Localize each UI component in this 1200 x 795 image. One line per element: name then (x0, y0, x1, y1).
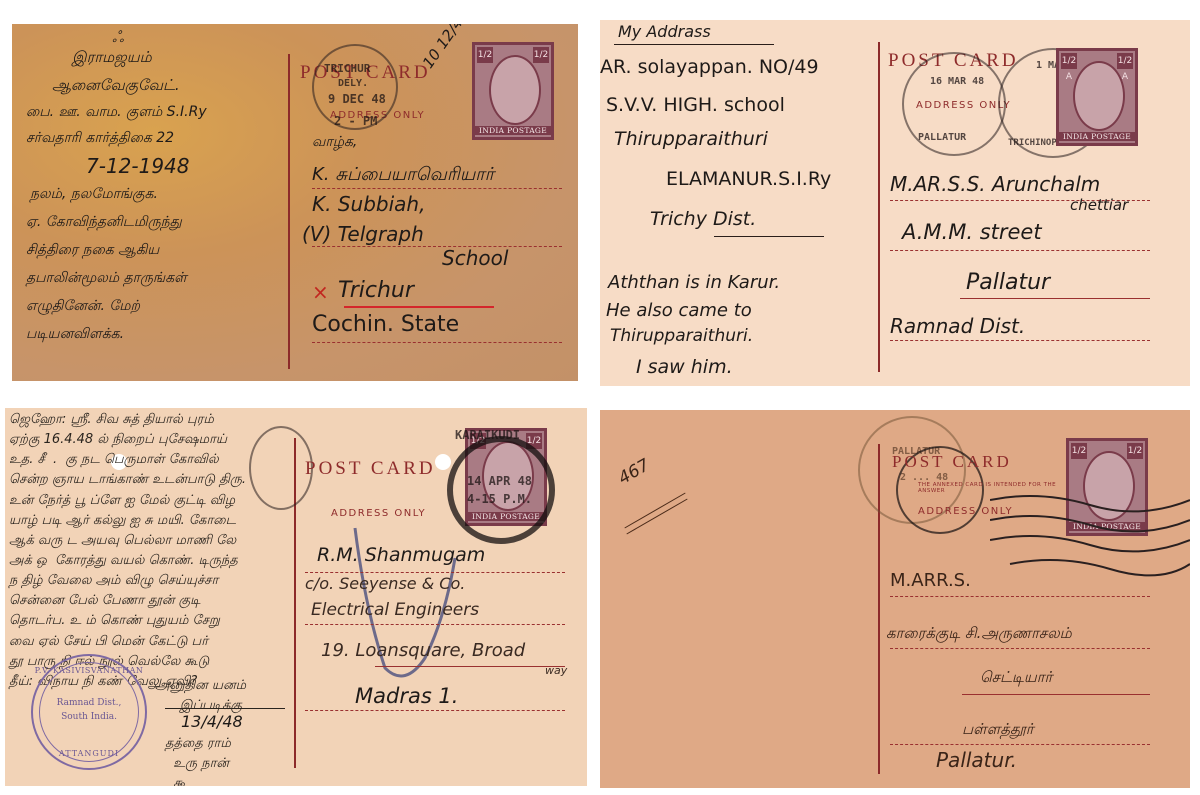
seal-name: P.V. KASIVISVANATHAN (33, 666, 145, 675)
archive-note: 467 (615, 455, 653, 489)
stamp-value: 1/2 (1127, 443, 1143, 459)
salutation: வாழ்க, (312, 134, 357, 152)
address-line: 19. Loansquare, Broad (321, 640, 525, 661)
address-rule (890, 596, 1150, 597)
postcard-3: ஜெஹோ: ஸ்ரீ. சிவ சுத் தியால் புரம் ஏற்கு … (5, 408, 587, 786)
postmark-town: TRICHUR (324, 62, 370, 75)
address-rule (312, 188, 562, 189)
address-line: c/o. Seeyense & Co. (305, 574, 465, 593)
postcard-1: ஃ 10 12/48 இராமஜயம் ஆனைவேகுவேட். பை. ஊ. … (12, 24, 578, 381)
address-line: R.M. Shanmugam (317, 544, 485, 566)
address-line: Electrical Engineers (311, 600, 479, 620)
address-line: காரைக்குடி சி.அருணாசலம் (886, 624, 1072, 644)
address-rule (305, 572, 565, 573)
address-line: Madras 1. (355, 684, 458, 708)
stamp-label: INDIA POSTAGE (475, 126, 551, 135)
post-card-header: POST CARD (305, 458, 436, 480)
stamp-value: 1/2 A (1117, 53, 1133, 69)
message-line: பை. ஊ. வாம. குளம் S.I.Ry (26, 104, 207, 122)
address-rule (312, 246, 562, 247)
address-line: செட்டியார் (980, 668, 1052, 688)
post-card-header: POST CARD (892, 452, 1012, 472)
tamil-message: ஜெஹோ: ஸ்ரீ. சிவ சுத் தியால் புரம் ஏற்கு … (9, 410, 246, 692)
address-rule (305, 624, 565, 625)
message-line: S.V.V. HIGH. school (606, 94, 785, 116)
message-line: AR. solayappan. NO/49 (600, 56, 819, 78)
wavy-cancellation (990, 480, 1190, 580)
underline (344, 306, 494, 308)
message-line: Thirupparaithuri. (610, 326, 753, 346)
message-line: 7-12-1948 (86, 154, 190, 178)
message-line: சித்திரை நகை ஆகிய (26, 242, 159, 260)
underline (624, 493, 685, 529)
signature-date: 13/4/48 (181, 712, 243, 731)
postcard-2: My Addrass AR. solayappan. NO/49 S.V.V. … (600, 20, 1190, 386)
postmark-date: 16 MAR 48 (930, 76, 984, 87)
cross-mark: × (312, 280, 329, 304)
underline (614, 44, 774, 45)
stamp-label: INDIA POSTAGE (1059, 132, 1135, 141)
postmark-town: PALLATUR (918, 132, 966, 143)
message-line: ஆனைவேகுவேட். (52, 76, 180, 96)
address-line: School (442, 246, 508, 270)
address-line: (V) Telgraph (302, 222, 424, 246)
owner-seal: P.V. KASIVISVANATHAN Ramnad Dist., South… (31, 654, 147, 770)
address-line: chettiar (1070, 196, 1128, 214)
address-line: M.AR.S.S. Arunchalm (890, 172, 1100, 196)
divider-line (288, 54, 290, 369)
king-portrait-icon (1073, 61, 1125, 131)
message-line: Trichy Dist. (650, 208, 756, 230)
address-line: way (545, 664, 567, 677)
postmark (249, 426, 313, 510)
stamp-value: 1/2 A (1061, 53, 1077, 69)
postmark-line: DELY. (338, 78, 368, 89)
punch-hole (435, 454, 451, 470)
underline (165, 708, 285, 709)
address-line: M.ARR.S. (890, 570, 971, 591)
tamil-signature: தத்தை ராம் உரு நான் கூ (165, 734, 231, 786)
address-line: Cochin. State (312, 312, 459, 337)
postmark-date: 14 APR 48 (467, 474, 532, 488)
postage-stamp: 1/2 1/2 INDIA POSTAGE (472, 42, 554, 140)
seal-line: Ramnad Dist., (33, 698, 145, 708)
stamp-value: 1/2 (477, 47, 493, 63)
postcard-4: 467 PALLATUR 2 ... 48 POST CARD THE ANNE… (600, 410, 1190, 788)
message-line: ELAMANUR.S.I.Ry (666, 168, 831, 190)
message-line: ஃ (112, 28, 124, 48)
postmark-time: 4-15 P.M. (467, 492, 532, 506)
address-line: K. சுப்பையாவெரியார் (312, 164, 494, 187)
address-line: K. Subbiah, (312, 192, 425, 216)
message-line: Aththan is in Karur. (608, 272, 780, 293)
stamp-value: 1/2 (533, 47, 549, 63)
message-line: படியனவிளக்க. (26, 326, 124, 344)
underline (714, 236, 824, 237)
address-rule (960, 298, 1150, 299)
message-line: இராமஜயம் (72, 48, 152, 68)
message-line: சர்வதாரி கார்த்திகை 22 (26, 130, 174, 148)
postmark-date: 9 DEC 48 (328, 92, 386, 106)
address-line: Ramnad Dist. (890, 314, 1025, 338)
stamp-value: 1/2 (1071, 443, 1087, 459)
address-line: Trichur (338, 278, 414, 303)
message-date: 16.4.48 (44, 432, 94, 447)
message-line: தபாலின்மூலம் தாருங்கள் (26, 270, 187, 288)
divider-line (878, 42, 880, 372)
address-rule (890, 250, 1150, 251)
postage-stamp: 1/2 A 1/2 A INDIA POSTAGE (1056, 48, 1138, 146)
seal-line: South India. (33, 712, 145, 722)
address-rule (962, 694, 1150, 695)
message-line: My Addrass (618, 22, 711, 41)
message-line: ஏ. கோவிந்தனிடமிருந்து (26, 214, 182, 232)
message-line: Thirupparaithuri (614, 128, 768, 150)
king-portrait-icon (489, 55, 541, 125)
address-rule (375, 666, 565, 667)
address-rule (890, 744, 1150, 745)
tamil-closing: அனுதின யனம் இப்படிக்கு (155, 676, 246, 716)
postmark-time: 2 - PM (334, 114, 377, 128)
postmark-town: KARAIKUDI (455, 428, 520, 442)
address-rule (305, 710, 565, 711)
message-line: He also came to (606, 300, 752, 321)
message-line: நலம், நலமோங்குக. (30, 186, 158, 204)
message-line: எழுதினேன். மேற் (26, 298, 140, 316)
address-rule (312, 342, 562, 343)
address-line: Pallatur. (936, 748, 1017, 772)
address-line: A.M.M. street (902, 220, 1042, 244)
address-line: Pallatur (966, 270, 1050, 295)
seal-town: ATTANGUDI (33, 749, 145, 758)
address-rule (890, 340, 1150, 341)
underline (626, 499, 687, 535)
message-line: I saw him. (636, 356, 733, 378)
address-rule (890, 648, 1150, 649)
address-line: பள்ளத்தூர் (962, 720, 1034, 740)
